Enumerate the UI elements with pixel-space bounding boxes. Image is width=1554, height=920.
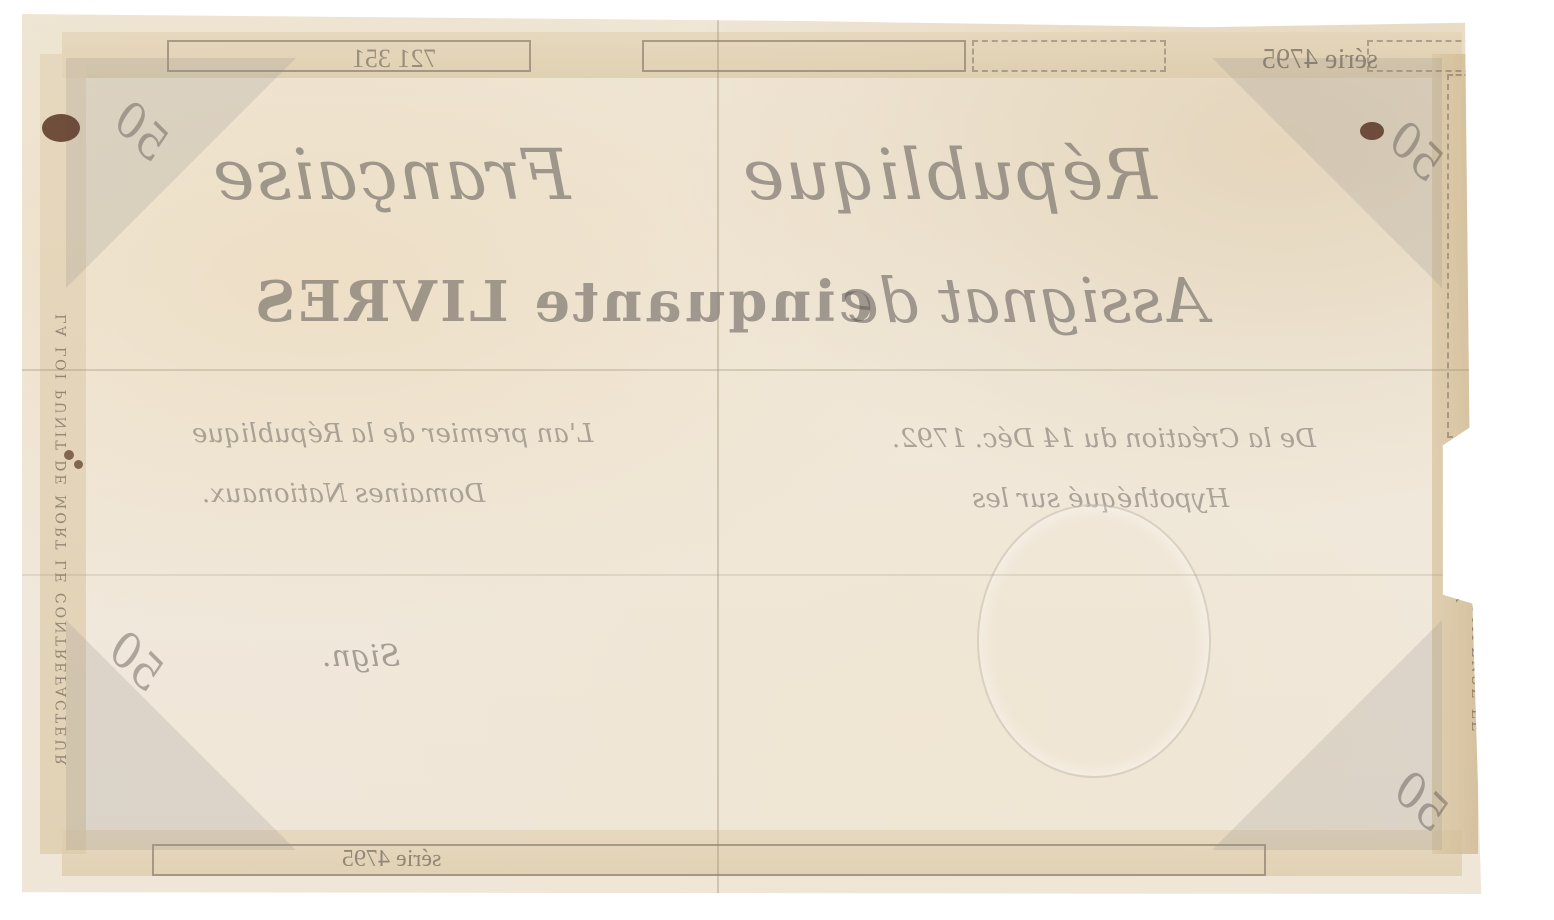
banknote-assignat: 50 50 50 50 série 4795 721 351 série 479… xyxy=(22,14,1502,894)
stain-top-left xyxy=(42,114,80,142)
greek-key-pattern xyxy=(1447,74,1479,438)
edge-text-right: LA NATION RECOMPENSE LE DENONCIATEUR xyxy=(1452,444,1484,894)
fold-line-horizontal xyxy=(22,369,1502,371)
serie-top: série 4795 xyxy=(1262,44,1378,76)
greek-key-pattern xyxy=(972,40,1166,72)
creation-text: De la Création du 14 Déc. 1792. xyxy=(892,424,1316,454)
domaines-text: Domaines Nationaux. xyxy=(202,479,485,509)
denomination-assignat-de: Assignat de xyxy=(842,264,1208,337)
signature: Sign. xyxy=(322,639,400,674)
title-republique: République xyxy=(742,134,1157,216)
serie-bottom: série 4795 xyxy=(342,846,441,873)
republique-year-text: L'an premier de la République xyxy=(192,419,593,449)
fold-line-horizontal xyxy=(22,574,1502,576)
fold-line-vertical xyxy=(717,14,719,894)
serial-number: 721 351 xyxy=(352,44,437,74)
edge-text-left: LA LOI PUNIT DE MORT LE CONTREFACTEUR xyxy=(54,314,70,768)
stain-left-edge xyxy=(64,450,74,460)
dry-seal-embossing xyxy=(977,504,1211,778)
denomination-cinquante-livres: cinquante LIVRES xyxy=(252,269,873,335)
top-frame-box xyxy=(642,40,966,72)
stain-top-right xyxy=(1360,122,1384,140)
title-francaise: Française xyxy=(212,134,571,216)
bottom-frame-box xyxy=(152,844,1266,876)
stain-left-edge xyxy=(74,460,83,469)
